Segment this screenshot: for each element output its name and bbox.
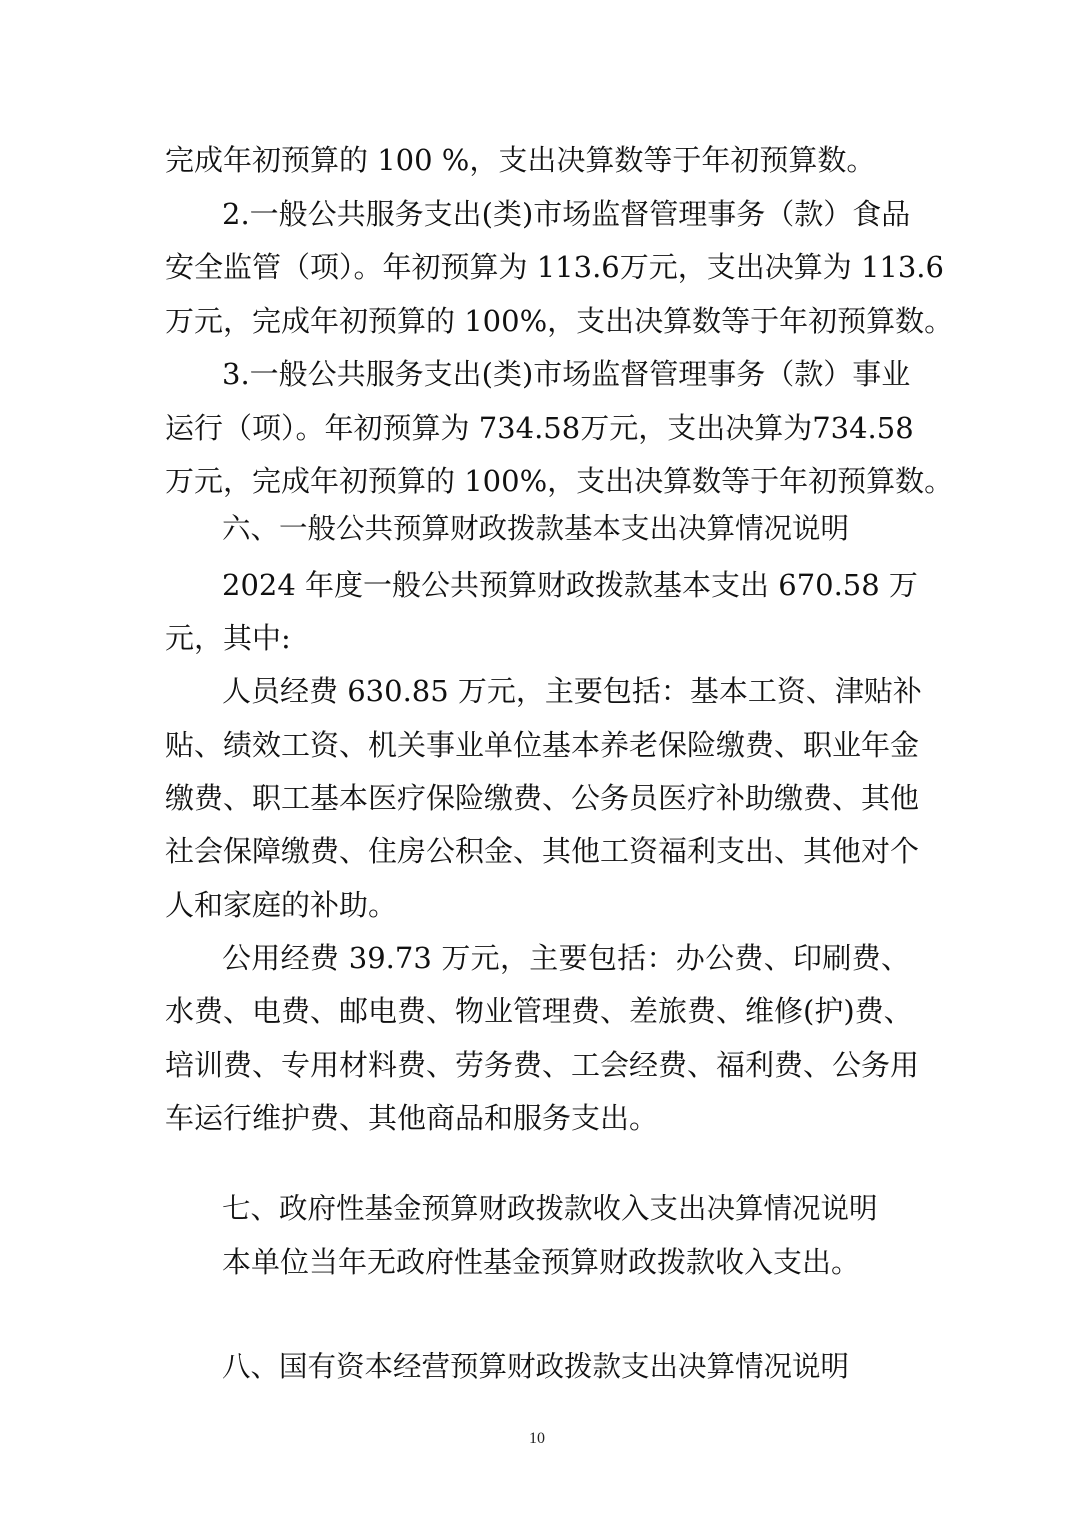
paragraph-line: 公用经费 39.73 万元，主要包括：办公费、印刷费、 [222,940,910,976]
paragraph-line: 人员经费 630.85 万元，主要包括：基本工资、津贴补 [222,673,910,709]
page-number: 10 [0,1430,1074,1448]
section-heading: 七、政府性基金预算财政拨款收入支出决算情况说明 [222,1191,878,1227]
paragraph-line: 万元，完成年初预算的 100%，支出决算数等于年初预算数。 [165,303,910,339]
paragraph-line: 2024 年度一般公共预算财政拨款基本支出 670.58 万 [222,567,910,603]
paragraph-line: 完成年初预算的 100 %，支出决算数等于年初预算数。 [165,142,910,178]
paragraph-line: 培训费、专用材料费、劳务费、工会经费、福利费、公务用 [165,1047,910,1083]
paragraph-line: 水费、电费、邮电费、物业管理费、差旅费、维修(护)费、 [165,993,910,1029]
paragraph-line: 2.一般公共服务支出(类)市场监督管理事务（款）食品 [222,196,910,232]
paragraph-line: 3.一般公共服务支出(类)市场监督管理事务（款）事业 [222,356,910,392]
paragraph-line: 元，其中: [165,620,910,656]
document-page: 完成年初预算的 100 %，支出决算数等于年初预算数。2.一般公共服务支出(类)… [0,0,1074,1520]
section-heading: 八、国有资本经营预算财政拨款支出决算情况说明 [222,1349,849,1385]
paragraph-line: 运行（项）。年初预算为 734.58万元，支出决算为734.58 [165,410,910,446]
paragraph-line: 社会保障缴费、住房公积金、其他工资福利支出、其他对个 [165,833,910,869]
paragraph-line: 本单位当年无政府性基金预算财政拨款收入支出。 [222,1244,910,1280]
paragraph-line: 缴费、职工基本医疗保险缴费、公务员医疗补助缴费、其他 [165,780,910,816]
paragraph-line: 人和家庭的补助。 [165,887,910,923]
section-heading: 六、一般公共预算财政拨款基本支出决算情况说明 [222,511,849,547]
paragraph-line: 贴、绩效工资、机关事业单位基本养老保险缴费、职业年金 [165,727,910,763]
paragraph-line: 安全监管（项）。年初预算为 113.6万元，支出决算为 113.6 [165,249,910,285]
paragraph-line: 车运行维护费、其他商品和服务支出。 [165,1100,910,1136]
paragraph-line: 万元，完成年初预算的 100%，支出决算数等于年初预算数。 [165,463,910,499]
